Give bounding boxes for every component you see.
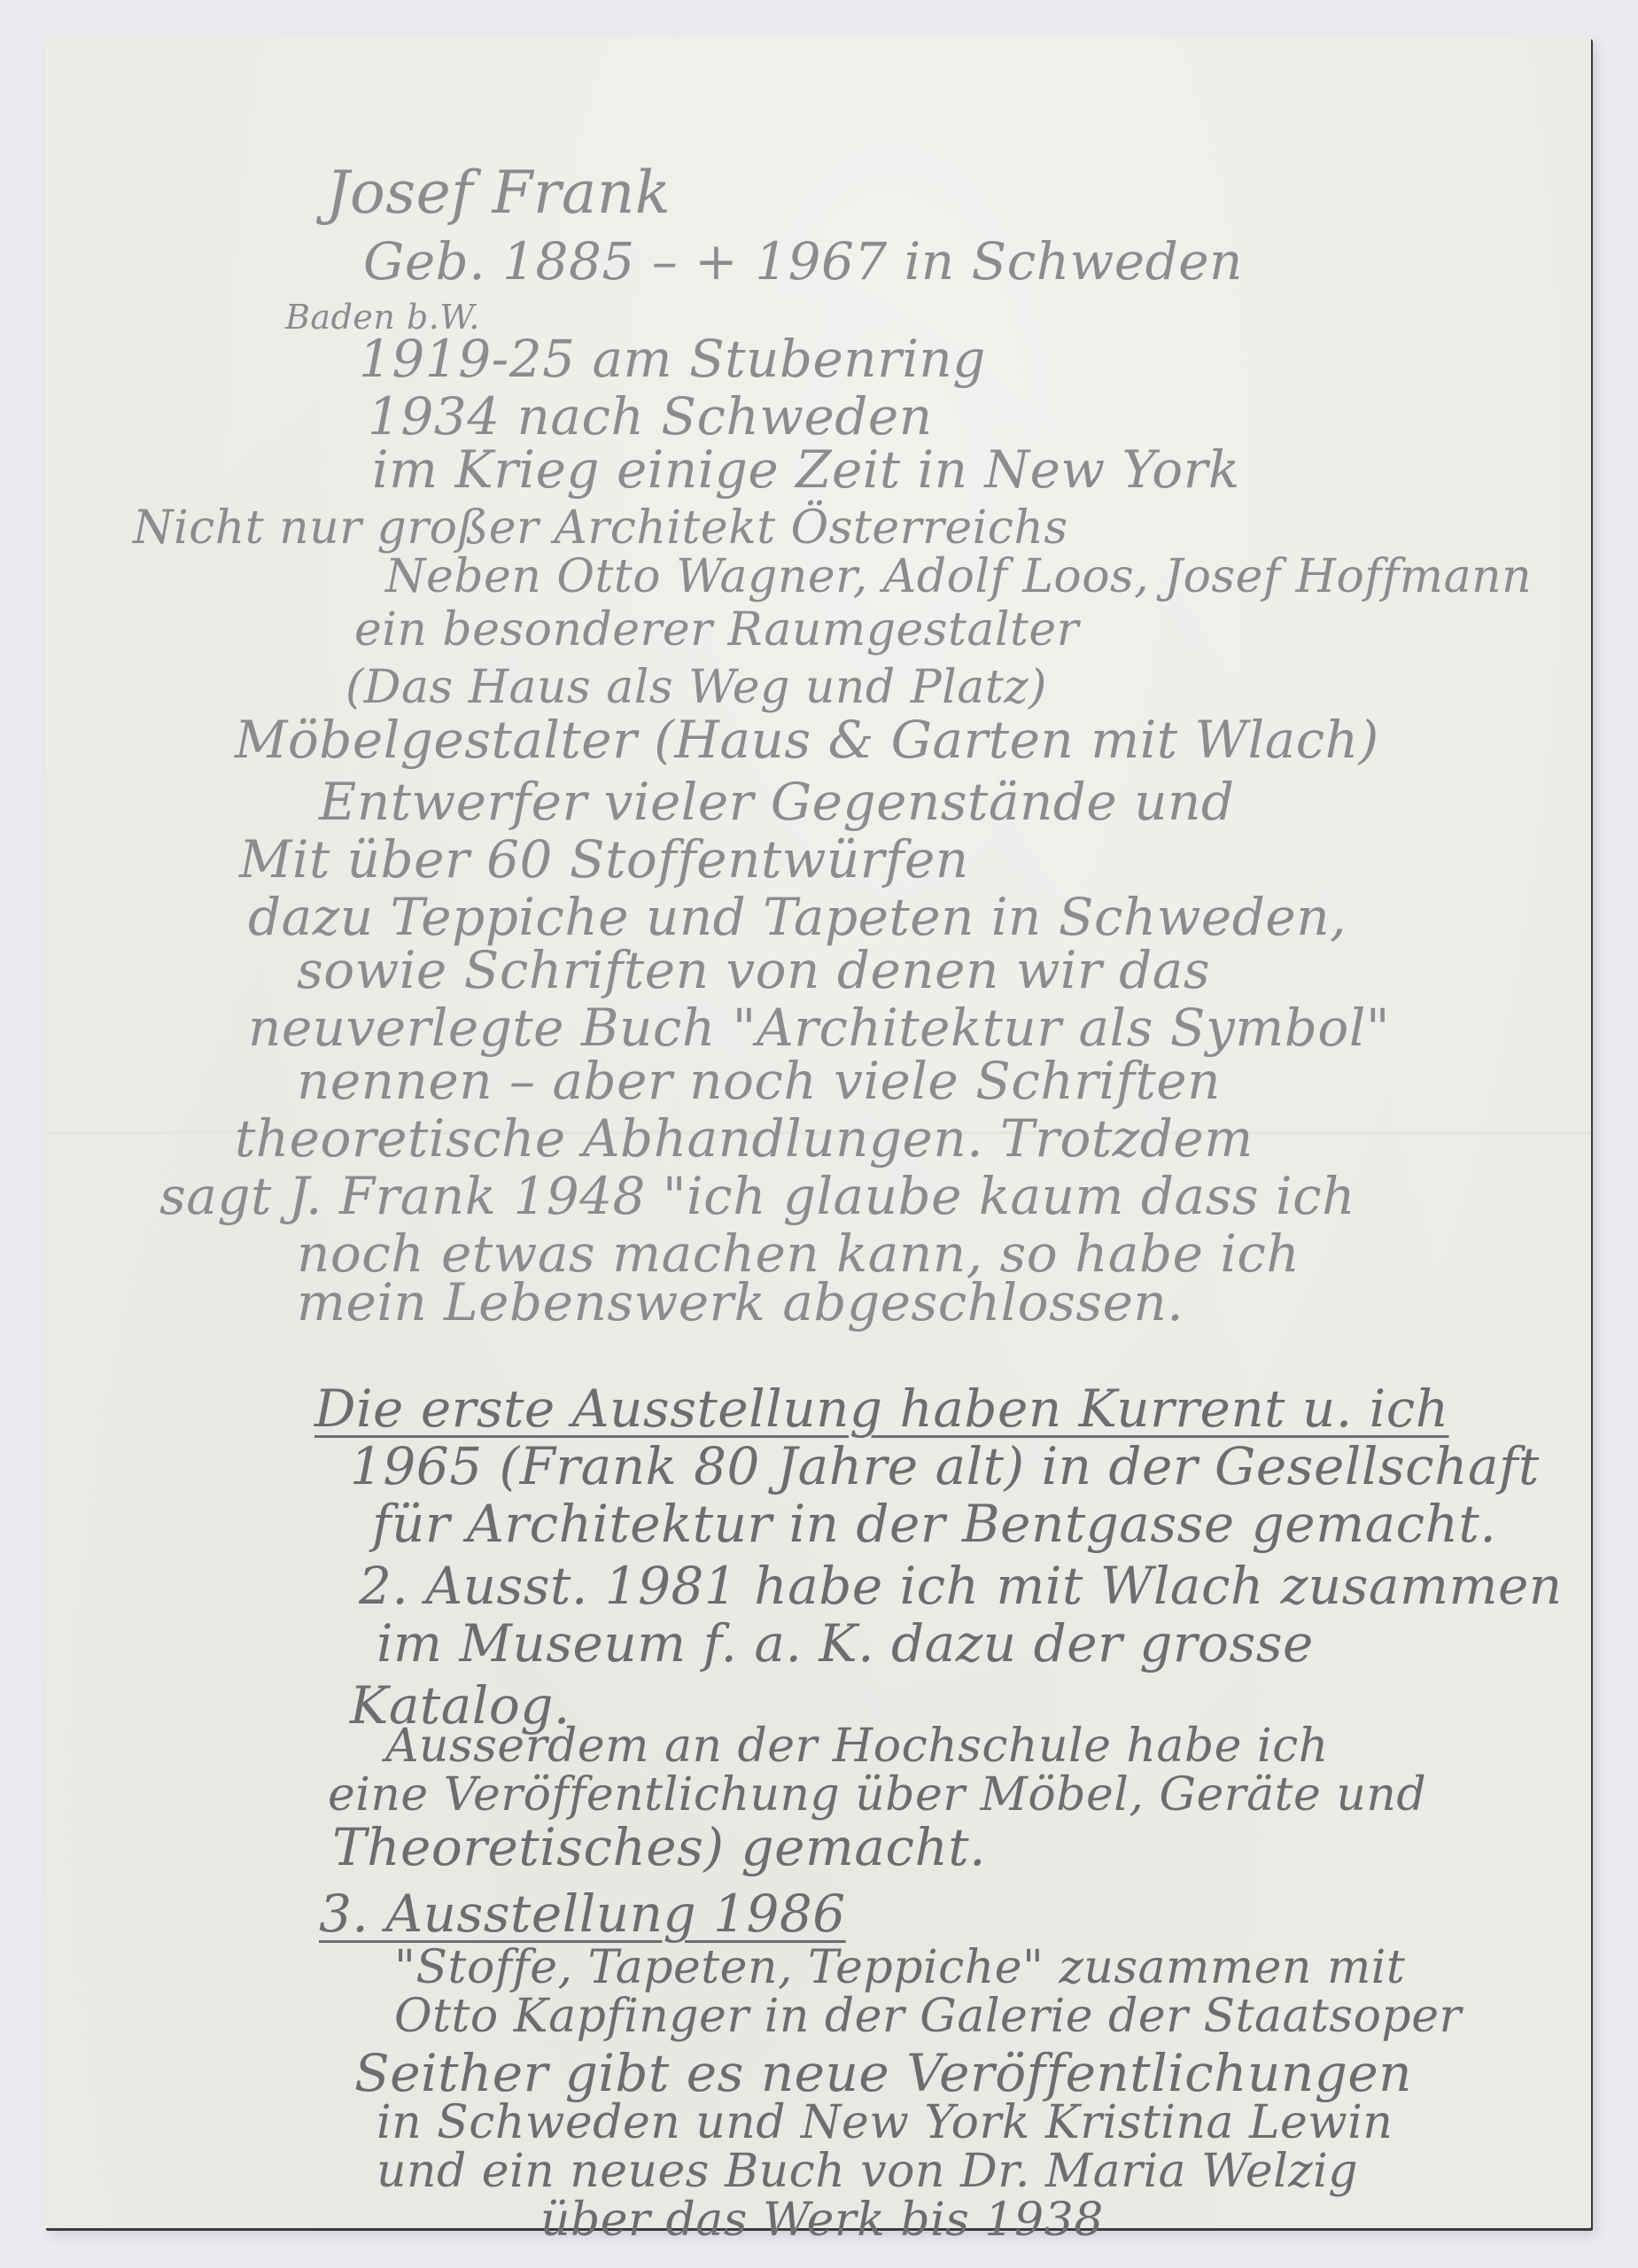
note-line: 1965 (Frank 80 Jahre alt) in der Gesells…	[350, 1436, 1540, 1496]
note-line: Geb. 1885 – + 1967 in Schweden	[363, 231, 1243, 291]
note-line: dazu Teppiche und Tapeten in Schweden,	[248, 887, 1347, 947]
note-line: (Das Haus als Weg und Platz)	[345, 661, 1047, 714]
note-line: Theoretisches) gemacht.	[332, 1817, 986, 1877]
note-line: in Schweden und New York Kristina Lewin	[377, 2096, 1393, 2149]
note-line: sagt J. Frank 1948 "ich glaube kaum dass…	[159, 1166, 1355, 1226]
note-line: Möbelgestalter (Haus & Garten mit Wlach)	[235, 710, 1379, 770]
note-line: 2. Ausst. 1981 habe ich mit Wlach zusamm…	[359, 1556, 1563, 1616]
note-line: im Museum f. a. K. dazu der grosse	[377, 1613, 1314, 1674]
letter-sheet: Josef Frank Geb. 1885 – + 1967 in Schwed…	[44, 36, 1591, 2228]
note-line: neuverlegte Buch "Architektur als Symbol…	[248, 998, 1390, 1058]
note-line: nennen – aber noch viele Schriften	[297, 1051, 1221, 1111]
note-line: 1934 nach Schweden	[368, 386, 933, 447]
note-line: Entwerfer vieler Gegenstände und	[319, 772, 1235, 832]
note-line: Mit über 60 Stoffentwürfen	[239, 829, 969, 889]
note-line: Otto Kapfinger in der Galerie der Staats…	[394, 1990, 1462, 2043]
note-line: ein besonderer Raumgestalter	[354, 603, 1079, 656]
note-line: und ein neues Buch von Dr. Maria Welzig	[377, 2145, 1358, 2198]
note-line: sowie Schriften von denen wir das	[297, 940, 1210, 1000]
note-line: eine Veröffentlichung über Möbel, Geräte…	[328, 1768, 1426, 1821]
note-line: Neben Otto Wagner, Adolf Loos, Josef Hof…	[385, 550, 1532, 603]
note-line-underlined: Die erste Ausstellung haben Kurrent u. i…	[314, 1379, 1449, 1439]
note-line: mein Lebenswerk abgeschlossen.	[297, 1272, 1184, 1332]
note-line: über das Werk bis 1938	[540, 2194, 1104, 2247]
note-line: theoretische Abhandlungen. Trotzdem	[235, 1108, 1254, 1169]
heading-name: Josef Frank	[326, 159, 671, 227]
note-line: Ausserdem an der Hochschule habe ich	[385, 1720, 1329, 1773]
note-line: 1919-25 am Stubenring	[359, 329, 986, 389]
note-line: Nicht nur großer Architekt Österreichs	[133, 501, 1068, 555]
note-line: Seither gibt es neue Veröffentlichungen	[354, 2043, 1412, 2103]
note-line: im Krieg einige Zeit in New York	[372, 439, 1240, 500]
note-line: "Stoffe, Tapeten, Teppiche" zusammen mit	[394, 1941, 1405, 1994]
note-line: für Architektur in der Bentgasse gemacht…	[372, 1494, 1496, 1554]
note-line-underlined: 3. Ausstellung 1986	[319, 1884, 846, 1944]
